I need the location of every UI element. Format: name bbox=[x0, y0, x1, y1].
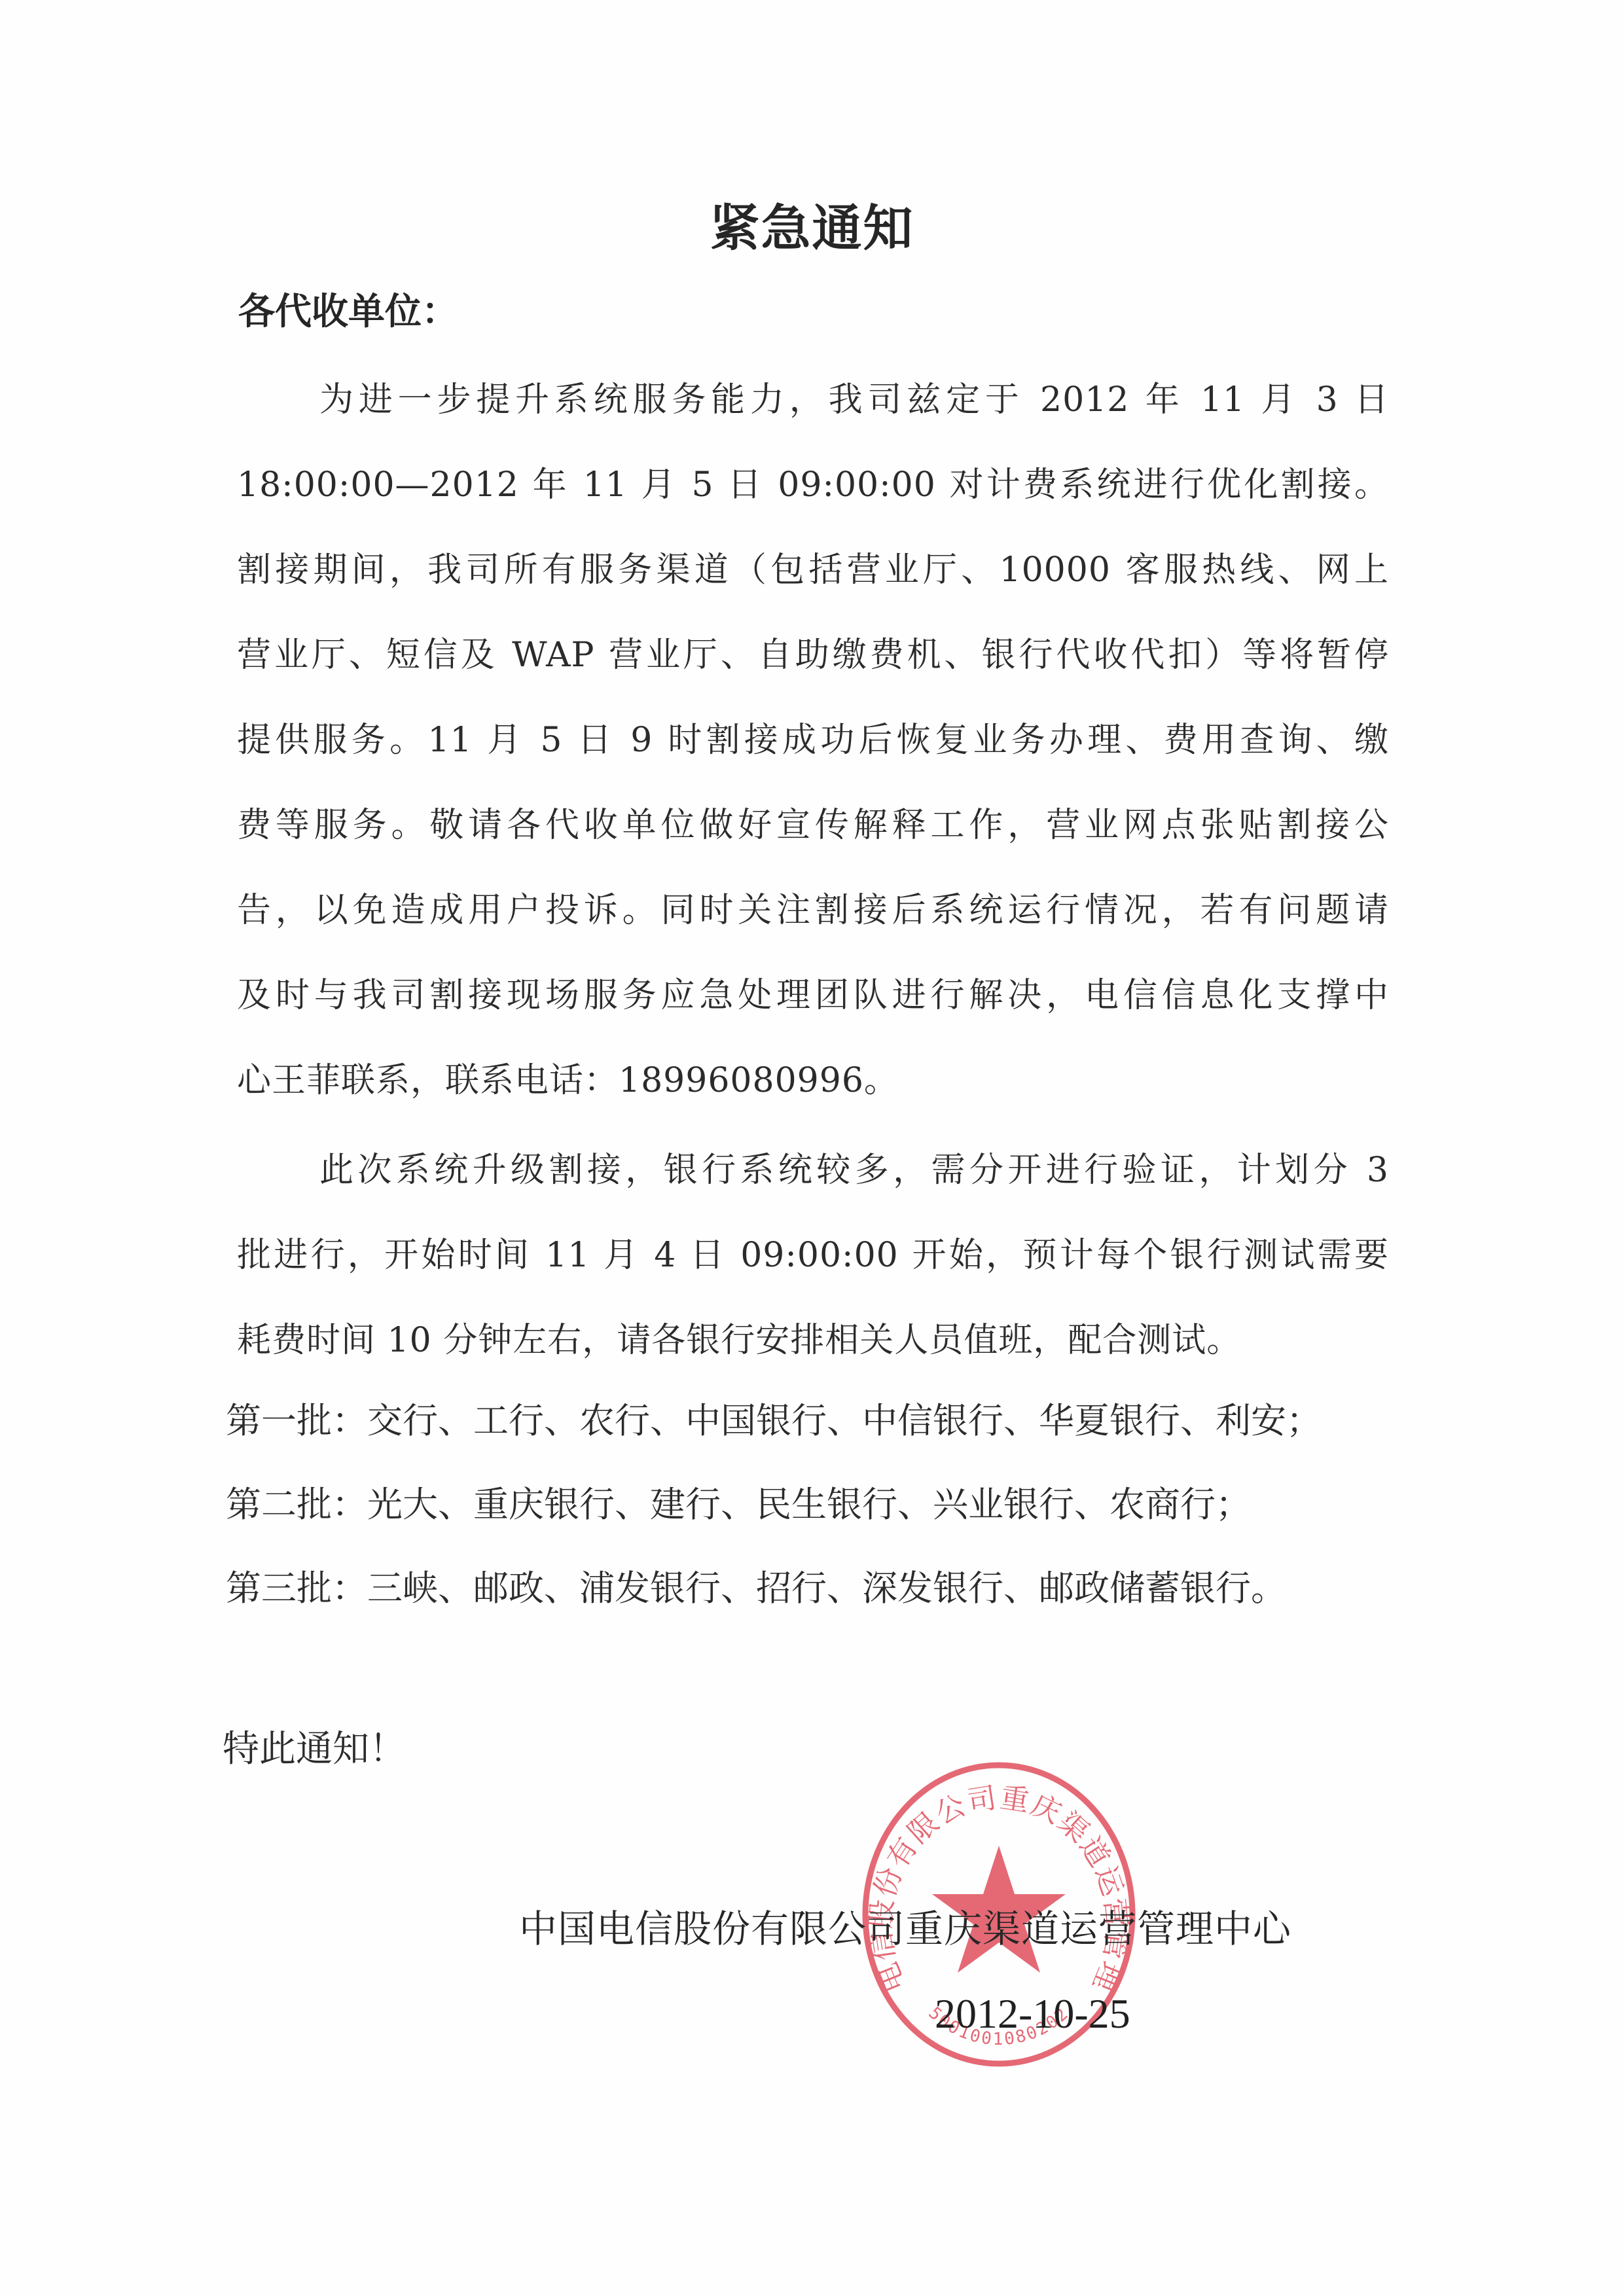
closing-remark: 特此通知！ bbox=[223, 1720, 406, 1772]
batch-1-label: 第一批： bbox=[226, 1400, 367, 1441]
document-title: 紧急通知 bbox=[0, 188, 1624, 260]
paragraph-1-line-6: 费等服务。敬请各代收单位做好宣传解释工作，营业网点张贴割接公 bbox=[237, 797, 1389, 846]
paragraph-1-line-5: 提供服务。11 月 5 日 9 时割接成功后恢复业务办理、费用查询、缴 bbox=[237, 712, 1389, 761]
batch-2: 第二批：光大、重庆银行、建行、民生银行、兴业银行、农商行； bbox=[226, 1477, 1251, 1527]
batch-1-banks: 交行、工行、农行、中国银行、中信银行、华夏银行、利安； bbox=[367, 1400, 1322, 1441]
batch-3-banks: 三峡、邮政、浦发银行、招行、深发银行、邮政储蓄银行。 bbox=[367, 1568, 1286, 1609]
paragraph-2-line-2: 批进行，开始时间 11 月 4 日 09:00:00 开始，预计每个银行测试需要 bbox=[237, 1227, 1389, 1276]
document-page: 紧急通知 各代收单位： 为进一步提升系统服务能力，我司兹定于 2012 年 11… bbox=[0, 0, 1624, 2296]
paragraph-1-line-9: 心王菲联系，联系电话：18996080996。 bbox=[237, 1052, 1389, 1102]
batch-2-banks: 光大、重庆银行、建行、民生银行、兴业银行、农商行； bbox=[367, 1484, 1251, 1525]
paragraph-2-line-3: 耗费时间 10 分钟左右，请各银行安排相关人员值班，配合测试。 bbox=[237, 1312, 1389, 1361]
paragraph-1-line-8: 及时与我司割接现场服务应急处理团队进行解决，电信信息化支撑中 bbox=[237, 967, 1389, 1016]
signature-date: 2012-10-25 bbox=[935, 1990, 1130, 2038]
batch-3-label: 第三批： bbox=[226, 1568, 367, 1609]
signature-organization: 中国电信股份有限公司重庆渠道运营管理中心 bbox=[519, 1898, 1350, 1953]
salutation: 各代收单位： bbox=[238, 283, 458, 335]
batch-3: 第三批：三峡、邮政、浦发银行、招行、深发银行、邮政储蓄银行。 bbox=[226, 1560, 1286, 1611]
batch-2-label: 第二批： bbox=[226, 1484, 367, 1525]
paragraph-1-line-1: 为进一步提升系统服务能力，我司兹定于 2012 年 11 月 3 日 bbox=[319, 372, 1389, 421]
paragraph-1-line-3: 割接期间，我司所有服务渠道（包括营业厅、10000 客服热线、网上 bbox=[237, 542, 1389, 591]
batch-1: 第一批：交行、工行、农行、中国银行、中信银行、华夏银行、利安； bbox=[226, 1393, 1322, 1443]
paragraph-1-line-4: 营业厅、短信及 WAP 营业厅、自助缴费机、银行代收代扣）等将暂停 bbox=[237, 627, 1389, 676]
paragraph-1-line-7: 告，以免造成用户投诉。同时关注割接后系统运行情况，若有问题请 bbox=[237, 882, 1389, 931]
paragraph-2-line-1: 此次系统升级割接，银行系统较多，需分开进行验证，计划分 3 bbox=[319, 1142, 1389, 1191]
paragraph-1-line-2: 18:00:00—2012 年 11 月 5 日 09:00:00 对计费系统进… bbox=[237, 457, 1389, 506]
